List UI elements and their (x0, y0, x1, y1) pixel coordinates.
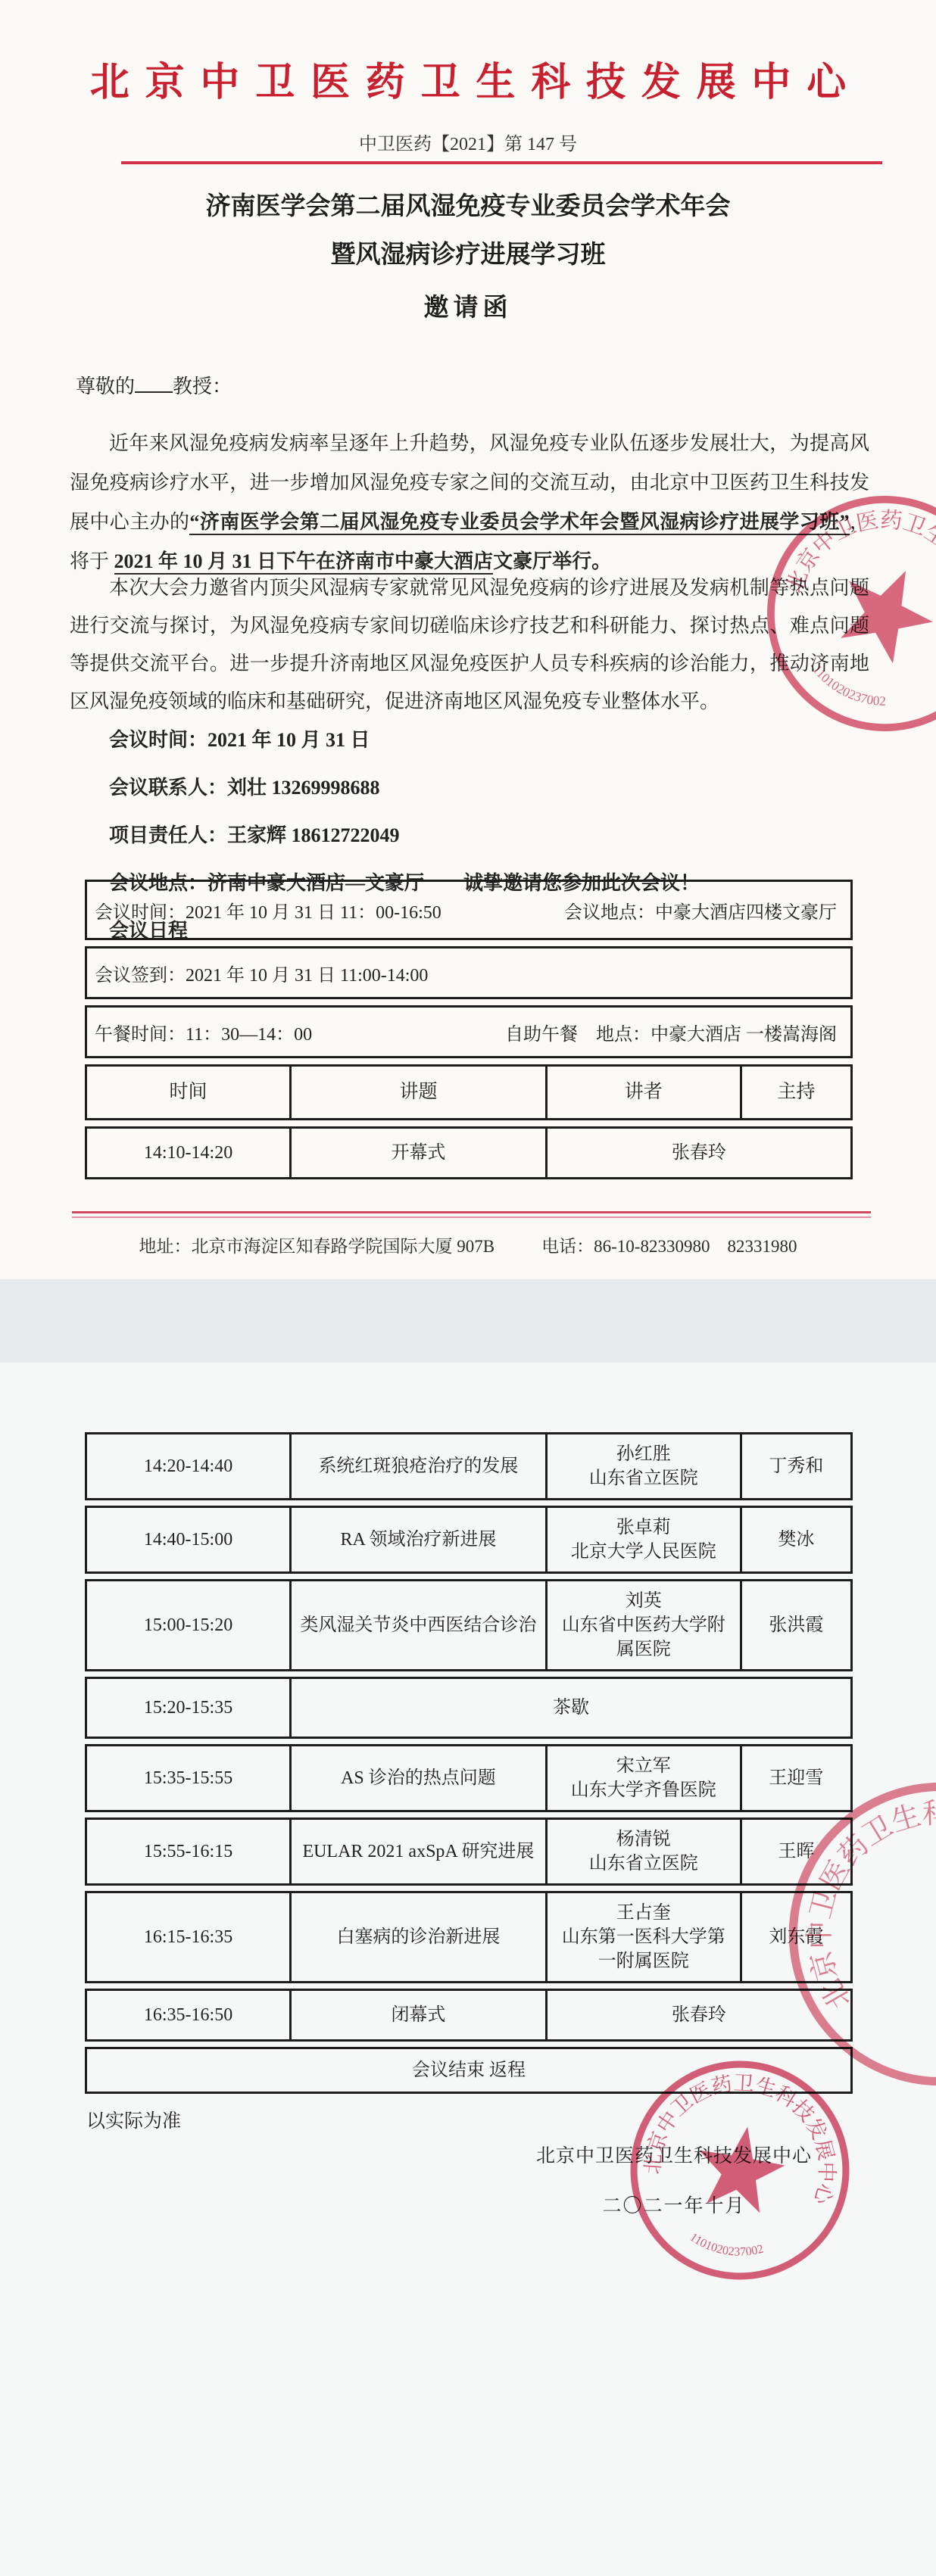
schedule-cell-break: 茶歇 (289, 1679, 850, 1737)
speaker-organization: 山东第一医科大学第一附属医院 (554, 1925, 734, 1973)
letter-type-title: 邀请函 (0, 288, 936, 323)
schedule-cell-chair: 张洪霞 (740, 1581, 850, 1669)
salutation-prefix: 尊敬的 (76, 375, 135, 397)
schedule-row: 14:10-14:20开幕式张春玲 (85, 1126, 853, 1179)
schedule-cell-topic: AS 诊治的热点问题 (289, 1746, 545, 1810)
schedule-row: 16:15-16:35白塞病的诊治新进展王占奎山东第一医科大学第一附属医院刘东霞 (85, 1891, 853, 1983)
speaker-name: 杨清锐 (616, 1827, 671, 1852)
schedule-cell-time: 15:00-15:20 (87, 1581, 289, 1669)
schedule-header-row: 时间讲题讲者主持 (85, 1064, 853, 1120)
schedule-cell-topic: 类风湿关节炎中西医结合诊治 (289, 1581, 545, 1669)
meta-left: 午餐时间：11：30—14：00 (95, 1019, 312, 1045)
schedule-table-page2: 14:20-14:40系统红斑狼疮治疗的发展孙红胜山东省立医院丁秀和14:40-… (85, 1432, 853, 2133)
letter-page-1: 北京中卫医药卫生科技发展中心 中卫医药【2021】第 147 号 济南医学会第二… (0, 0, 936, 1279)
meeting-title-line2: 暨风湿病诊疗进展学习班 (0, 235, 936, 270)
schedule-cell-speaker: 刘英山东省中医药大学附属医院 (545, 1581, 740, 1669)
schedule-cell-topic: 闭幕式 (289, 1991, 545, 2039)
info-line-2: 会议联系人：刘壮 13269998688 (70, 764, 869, 811)
speaker-organization: 山东省立医院 (589, 1466, 698, 1490)
header-red-rule (121, 161, 882, 164)
schedule-cell-topic: 白塞病的诊治新进展 (289, 1893, 545, 1981)
schedule-meta-row-2: 会议签到：2021 年 10 月 31 日 11:00-14:00 (85, 946, 853, 999)
info-line-3: 项目责任人：王家辉 18612722049 (70, 811, 869, 859)
schedule-cell-time: 16:15-16:35 (87, 1893, 289, 1981)
schedule-cell-time: 14:40-15:00 (87, 1508, 289, 1571)
schedule-cell-time: 15:35-15:55 (87, 1746, 289, 1810)
schedule-row: 15:20-15:35茶歇 (85, 1677, 853, 1739)
schedule-cell-topic: RA 领域治疗新进展 (289, 1508, 545, 1571)
speaker-name: 王占奎 (616, 1901, 671, 1925)
schedule-row: 14:20-14:40系统红斑狼疮治疗的发展孙红胜山东省立医院丁秀和 (85, 1432, 853, 1500)
schedule-header-4: 主持 (740, 1067, 850, 1118)
schedule-cell-speaker: 宋立军山东大学齐鲁医院 (545, 1746, 740, 1810)
schedule-cell-time: 15:20-15:35 (87, 1679, 289, 1737)
schedule-cell-time: 15:55-16:15 (87, 1820, 289, 1883)
speaker-organization: 山东大学齐鲁医院 (571, 1778, 716, 1802)
speaker-organization: 山东省立医院 (589, 1852, 698, 1876)
schedule-cell-speaker: 孙红胜山东省立医院 (545, 1434, 740, 1498)
name-blank-line (135, 372, 173, 393)
schedule-cell-speaker: 张卓莉北京大学人民医院 (545, 1508, 740, 1571)
schedule-cell-time: 14:20-14:40 (87, 1434, 289, 1498)
seal-star-icon (691, 2120, 791, 2216)
meeting-title-line1: 济南医学会第二届风湿免疫专业委员会学术年会 (0, 186, 936, 222)
speaker-name: 宋立军 (616, 1754, 671, 1778)
paragraph-1: 近年来风湿免疫病发病率呈逐年上升趋势，风湿免疫专业队伍逐步发展壮大，为提高风湿免… (70, 424, 869, 581)
schedule-row: 15:00-15:20类风湿关节炎中西医结合诊治刘英山东省中医药大学附属医院张洪… (85, 1579, 853, 1671)
speaker-organization: 山东省中医药大学附属医院 (554, 1613, 734, 1662)
schedule-cell-time: 16:35-16:50 (87, 1991, 289, 2039)
speaker-name: 孙红胜 (616, 1442, 671, 1466)
svg-text:1101020237002: 1101020237002 (928, 1996, 936, 2068)
schedule-meta-row-3: 午餐时间：11：30—14：00自助午餐 地点：中豪大酒店 一楼嵩海阁 (85, 1005, 853, 1058)
svg-text:1101020237002: 1101020237002 (686, 2230, 767, 2264)
salutation: 尊敬的教授： (76, 371, 232, 399)
schedule-cell-chair: 王迎雪 (740, 1746, 850, 1810)
seal-star-icon (825, 550, 936, 671)
schedule-row: 16:35-16:50闭幕式张春玲 (85, 1989, 853, 2042)
meta-right: 自助午餐 地点：中豪大酒店 一楼嵩海阁 (505, 1019, 837, 1045)
official-seal-page2: 北京中卫医药卫生科技发展中心 1101020237002 (607, 2038, 872, 2303)
seal-number: 1101020237002 (928, 1996, 936, 2068)
footer-address: 地址：北京市海淀区知春路学院国际大厦 907B (139, 1232, 495, 1257)
page-gap-band (0, 1279, 936, 1363)
schedule-table-page1: 会议时间：2021 年 10 月 31 日 11：00-16:50会议地点：中豪… (85, 880, 853, 1185)
meta-left: 会议签到：2021 年 10 月 31 日 11:00-14:00 (95, 960, 428, 986)
salutation-suffix: 教授： (173, 375, 232, 397)
letter-page-2: 14:20-14:40系统红斑狼疮治疗的发展孙红胜山东省立医院丁秀和14:40-… (0, 1363, 936, 2576)
organization-title: 北京中卫医药卫生科技发展中心 (0, 50, 936, 107)
seal-number: 1101020237002 (686, 2230, 767, 2264)
paragraph-1-segment: “济南医学会第二届风湿免疫专业委员会学术年会暨风湿病诊疗进展学习班” (189, 511, 849, 535)
schedule-row: 14:40-15:00RA 领域治疗新进展张卓莉北京大学人民医院樊冰 (85, 1506, 853, 1574)
footer-red-rule (72, 1211, 871, 1218)
schedule-cell-chair: 丁秀和 (740, 1434, 850, 1498)
schedule-meta-row-1: 会议时间：2021 年 10 月 31 日 11：00-16:50会议地点：中豪… (85, 880, 853, 940)
schedule-header-1: 时间 (87, 1067, 289, 1118)
speaker-name: 张卓莉 (616, 1515, 671, 1540)
meta-right: 会议地点：中豪大酒店四楼文豪厅 (564, 897, 837, 924)
schedule-header-3: 讲者 (545, 1067, 740, 1118)
schedule-header-2: 讲题 (289, 1067, 545, 1118)
schedule-cell-topic: 系统红斑狼疮治疗的发展 (289, 1434, 545, 1498)
page1-footer: 地址：北京市海淀区知春路学院国际大厦 907B 电话：86-10-8233098… (0, 1232, 936, 1257)
schedule-cell-speaker: 杨清锐山东省立医院 (545, 1820, 740, 1883)
footer-phone: 电话：86-10-82330980 82331980 (541, 1232, 797, 1257)
info-line-1: 会议时间：2021 年 10 月 31 日 (70, 716, 869, 764)
schedule-cell-speaker: 张春玲 (545, 1129, 850, 1177)
schedule-row: 15:35-15:55AS 诊治的热点问题宋立军山东大学齐鲁医院王迎雪 (85, 1744, 853, 1812)
schedule-cell-time: 14:10-14:20 (87, 1129, 289, 1177)
schedule-cell-chair: 樊冰 (740, 1508, 850, 1571)
schedule-cell-topic: 开幕式 (289, 1129, 545, 1177)
speaker-name: 刘英 (626, 1589, 662, 1613)
speaker-organization: 北京大学人民医院 (571, 1540, 716, 1564)
schedule-cell-topic: EULAR 2021 axSpA 研究进展 (289, 1820, 545, 1883)
schedule-cell-speaker: 王占奎山东第一医科大学第一附属医院 (545, 1893, 740, 1981)
meta-left: 会议时间：2021 年 10 月 31 日 11：00-16:50 (95, 897, 441, 924)
document-number: 中卫医药【2021】第 147 号 (0, 129, 936, 155)
